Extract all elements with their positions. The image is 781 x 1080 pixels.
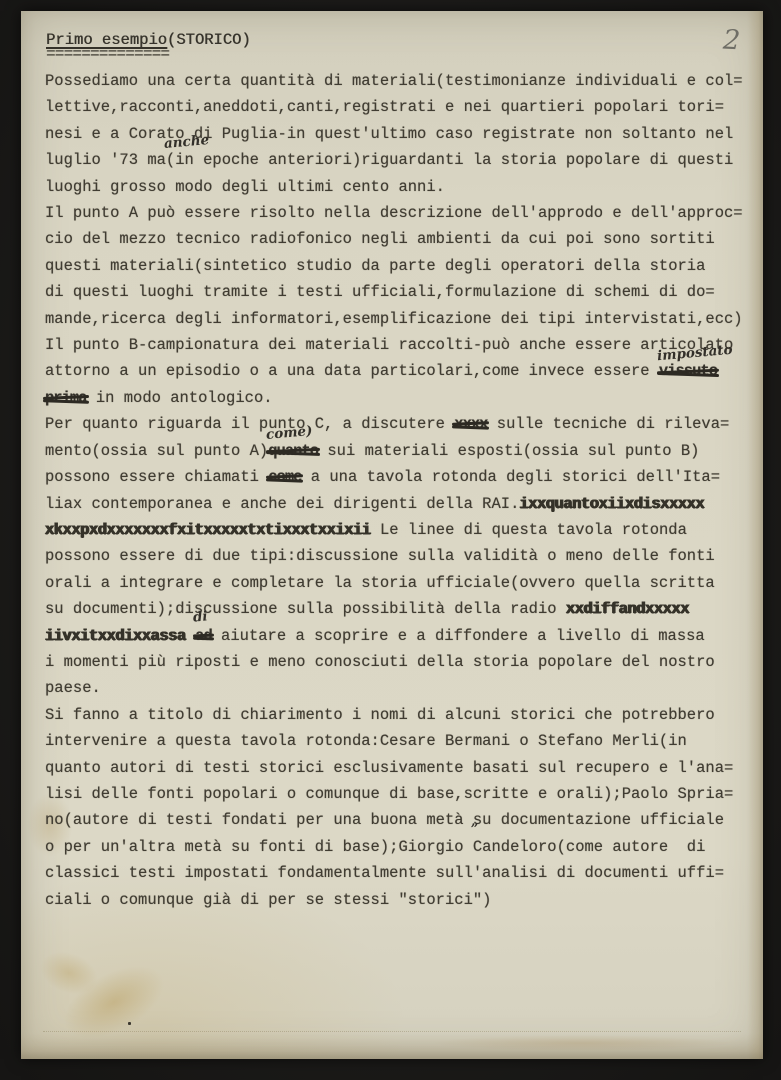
overtyped-deletion: ixxquantoxiixdisxxxxx bbox=[519, 495, 704, 513]
text-run: orali a integrare e completare la storia… bbox=[45, 574, 715, 592]
text-line: prima in modo antologico. bbox=[45, 385, 755, 411]
text-line: orali a integrare e completare la storia… bbox=[45, 570, 755, 596]
handwritten-insertion: impostato bbox=[656, 337, 734, 370]
overtyped-deletion: xkxxpxdxxxxxxxfxitxxxxxtxtixxxtxxixii bbox=[45, 521, 371, 539]
text-run: liax contemporanea e anche dei dirigenti… bbox=[45, 495, 519, 513]
handwritten-insertion: di bbox=[192, 604, 209, 632]
text-run: Il punto A può essere risolto nella desc… bbox=[45, 204, 743, 222]
text-run: lettive,racconti,aneddoti,canti,registra… bbox=[45, 98, 724, 116]
text-line: su documenti);discussione sulla possibil… bbox=[45, 596, 755, 622]
overtyped-deletion: iivxitxxdixxassa bbox=[45, 627, 186, 645]
text-line: Possediamo una certa quantità di materia… bbox=[45, 68, 755, 94]
text-run: luglio '73 ma bbox=[45, 151, 166, 169]
text-run: classici testi impostati fondamentalment… bbox=[45, 864, 724, 882]
paper-crease bbox=[43, 1031, 741, 1033]
text-run: attorno a un episodio o a una data parti… bbox=[45, 362, 659, 380]
text-line: paese. bbox=[45, 675, 755, 701]
text-line: xkxxpxdxxxxxxxfxitxxxxxtxtixxxtxxixii Le… bbox=[45, 517, 755, 543]
text-run: mande,ricerca degli informatori,esemplif… bbox=[45, 310, 743, 328]
struck-word: prima bbox=[45, 389, 87, 407]
text-line: no(autore di testi fondati per una buona… bbox=[45, 807, 755, 833]
handwritten-page-number: 2 bbox=[722, 25, 741, 57]
text-line: mento(ossia sul punto A)quantocome) sui … bbox=[45, 438, 755, 464]
text-run: Si fanno a titolo di chiarimento i nomi … bbox=[45, 706, 715, 724]
text-line: luoghi grosso modo degli ultimi cento an… bbox=[45, 174, 755, 200]
text-run: possono essere di due tipi:discussione s… bbox=[45, 547, 715, 565]
typewritten-body: Possediamo una certa quantità di materia… bbox=[45, 68, 755, 913]
struck-word: vissutoimpostato bbox=[659, 362, 717, 380]
paper-edge bbox=[21, 1033, 763, 1059]
text-run: paese. bbox=[45, 679, 101, 697]
text-line: lisi delle fonti popolari o comunque di … bbox=[45, 781, 755, 807]
text-run: in modo antologico. bbox=[87, 389, 273, 407]
text-run: cio del mezzo tecnico radiofonico negli … bbox=[45, 230, 715, 248]
title-underline: ============== bbox=[46, 45, 169, 63]
text-line: Il punto B-campionatura dei materiali ra… bbox=[45, 332, 755, 358]
text-run: Le linee di questa tavola rotonda bbox=[371, 521, 687, 539]
text-run: i momenti più riposti e meno conosciuti … bbox=[45, 653, 715, 671]
text-line: Si fanno a titolo di chiarimento i nomi … bbox=[45, 702, 755, 728]
text-line: luglio '73 maanche(in epoche anteriori)r… bbox=[45, 147, 755, 173]
scanned-document-page: { "colors": { "background": "#1d1c1a", "… bbox=[0, 0, 781, 1080]
title-suffix: (STORICO) bbox=[167, 31, 251, 49]
text-run: (in epoche anteriori)riguardanti la stor… bbox=[166, 151, 733, 169]
text-line: o per un'altra metà su fonti di base);Gi… bbox=[45, 834, 755, 860]
text-line: intervenire a questa tavola rotonda:Cesa… bbox=[45, 728, 755, 754]
handwritten-insertion: anche bbox=[163, 127, 210, 157]
text-line: i momenti più riposti e meno conosciuti … bbox=[45, 649, 755, 675]
text-run: o per un'altra metà su fonti di base);Gi… bbox=[45, 838, 473, 856]
text-line: cio del mezzo tecnico radiofonico negli … bbox=[45, 226, 755, 252]
text-run: intervenire a questa tavola rotonda:Cesa… bbox=[45, 732, 687, 750]
text-line: ciali o comunque già di per se stessi "s… bbox=[45, 887, 755, 913]
text-run: lisi delle fonti popolari o comunque di … bbox=[45, 785, 733, 803]
text-run: questi materiali(sintetico studio da par… bbox=[45, 257, 705, 275]
text-run: sui materiali esposti(ossia sul punto B) bbox=[318, 442, 699, 460]
struck-word: addi bbox=[195, 627, 212, 645]
text-run: nesi e a Corato di Puglia-in quest'ultim… bbox=[45, 125, 733, 143]
overtyped-deletion: xxdiffandxxxxx bbox=[566, 600, 689, 618]
text-run: a una tavola rotonda degli storici dell'… bbox=[301, 468, 720, 486]
paper-sheet: 2 Primo esempio(STORICO) ============== … bbox=[21, 11, 763, 1059]
text-run: Il punto B-campionatura dei materiali ra… bbox=[45, 336, 733, 354]
text-run: luoghi grosso modo degli ultimi cento an… bbox=[45, 178, 445, 196]
text-line: liax contemporanea e anche dei dirigenti… bbox=[45, 491, 755, 517]
text-run: di questi luoghi tramite i testi ufficia… bbox=[45, 283, 715, 301]
struck-word: come bbox=[268, 468, 301, 486]
text-line: di questi luoghi tramite i testi ufficia… bbox=[45, 279, 755, 305]
text-line: classici testi impostati fondamentalment… bbox=[45, 860, 755, 886]
struck-word: quantocome) bbox=[268, 442, 318, 460]
stain bbox=[34, 944, 104, 1002]
text-run: Possediamo una certa quantità di materia… bbox=[45, 72, 743, 90]
text-line: iivxitxxdixxassa addi aiutare a scoprire… bbox=[45, 623, 755, 649]
text-line: attorno a un episodio o a una data parti… bbox=[45, 358, 755, 384]
text-run: mento(ossia sul punto A) bbox=[45, 442, 268, 460]
text-run: ciali o comunque già di per se stessi "s… bbox=[45, 891, 491, 909]
text-line: questi materiali(sintetico studio da par… bbox=[45, 253, 755, 279]
text-run: no(autore di testi fondati per una buona… bbox=[45, 811, 724, 829]
text-line: possono essere chiamati come a una tavol… bbox=[45, 464, 755, 490]
text-run: sulle tecniche di rileva= bbox=[488, 415, 730, 433]
handwritten-insertion: come) bbox=[265, 418, 314, 448]
text-run: possono essere chiamati bbox=[45, 468, 268, 486]
text-run: Per quanto riguarda il punto C, a discut… bbox=[45, 415, 454, 433]
text-line: nesi e a Corato di Puglia-in quest'ultim… bbox=[45, 121, 755, 147]
text-line: Per quanto riguarda il punto C, a discut… bbox=[45, 411, 755, 437]
text-run: aiutare a scoprire e a diffondere a live… bbox=[212, 627, 705, 645]
text-line: Il punto A può essere risolto nella desc… bbox=[45, 200, 755, 226]
text-line: lettive,racconti,aneddoti,canti,registra… bbox=[45, 94, 755, 120]
text-line: possono essere di due tipi:discussione s… bbox=[45, 543, 755, 569]
ink-speck bbox=[128, 1022, 131, 1025]
text-line: quanto autori di testi storici esclusiva… bbox=[45, 755, 755, 781]
text-run: su documenti);discussione sulla possibil… bbox=[45, 600, 566, 618]
text-line: mande,ricerca degli informatori,esemplif… bbox=[45, 306, 755, 332]
text-run: Candeloro(come autore di” bbox=[473, 838, 706, 856]
text-run: quanto autori di testi storici esclusiva… bbox=[45, 759, 733, 777]
struck-word: xxxx bbox=[454, 415, 487, 433]
